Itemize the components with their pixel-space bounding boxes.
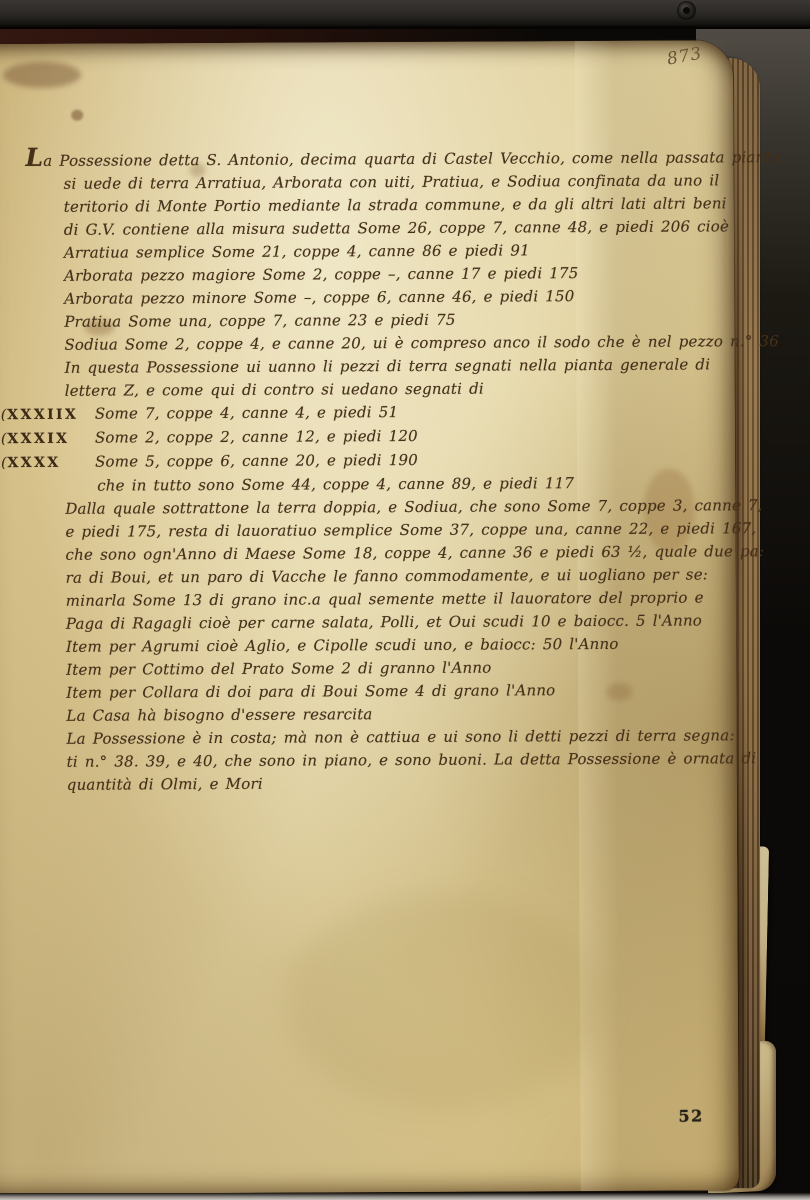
manuscript-line: In questa Possessione ui uanno li pezzi … bbox=[0, 353, 714, 380]
margin-parcel-label: XXXIX bbox=[1, 428, 95, 451]
line-text: La Casa hà bisogno d'essere resarcita bbox=[66, 705, 372, 725]
manuscript-line: quantità di Olmi, e Mori bbox=[3, 770, 717, 797]
line-text: Arratiua semplice Some 21, coppe 4, cann… bbox=[64, 241, 530, 261]
stain bbox=[283, 891, 604, 1113]
line-text: lettera Z, e come qui di contro si uedan… bbox=[65, 380, 484, 400]
manuscript-line: La Possessione detta S. Antonio, decima … bbox=[0, 142, 714, 173]
line-text: si uede di terra Arratiua, Arborata con … bbox=[64, 171, 720, 192]
line-text: Some 5, coppe 6, canne 20, e piedi 190 bbox=[95, 451, 418, 471]
line-text: Dalla quale sottrattone la terra doppia,… bbox=[65, 496, 763, 518]
stain bbox=[3, 62, 81, 88]
manuscript-page: 873 La Possessione detta S. Antonio, dec… bbox=[0, 40, 739, 1194]
line-text: Item per Collara di doi para di Boui Som… bbox=[66, 681, 555, 702]
line-text: Item per Cottimo del Prato Some 2 di gra… bbox=[66, 659, 491, 679]
margin-parcel-label: XXXX bbox=[1, 452, 95, 475]
stain bbox=[71, 110, 83, 121]
line-text: ra di Boui, et un paro di Vacche le fann… bbox=[66, 565, 708, 586]
screw-icon bbox=[677, 1, 696, 20]
manuscript-line: ti n.° 38. 39, e 40, che sono in piano, … bbox=[3, 747, 717, 774]
line-text: che in tutto sono Some 44, coppe 4, cann… bbox=[97, 474, 574, 494]
line-text: quantità di Olmi, e Mori bbox=[67, 775, 263, 794]
line-text: e piedi 175, resta di lauoratiuo semplic… bbox=[65, 519, 756, 541]
line-text: Arborata pezzo magiore Some 2, coppe –, … bbox=[64, 264, 579, 285]
copy-stand-bar bbox=[0, 0, 810, 29]
line-text: La Possessione è in costa; mà non è catt… bbox=[66, 726, 734, 747]
page-number-stamp: 52 bbox=[678, 1106, 703, 1125]
line-text: teritorio di Monte Portio mediante la st… bbox=[64, 194, 727, 215]
line-text: Some 7, coppe 4, canne 4, e piedi 51 bbox=[95, 403, 398, 423]
folio-number: 873 bbox=[665, 44, 703, 70]
manuscript-line: Item per Agrumi cioè Aglio, e Cipolle sc… bbox=[2, 632, 716, 659]
line-text: Pratiua Some una, coppe 7, canne 23 e pi… bbox=[64, 311, 455, 331]
line-text: minarla Some 13 di grano inc.a qual seme… bbox=[66, 588, 704, 609]
line-text: In questa Possessione ui uanno li pezzi … bbox=[65, 355, 711, 376]
line-text: Arborata pezzo minore Some –, coppe 6, c… bbox=[64, 287, 574, 308]
line-text: Item per Agrumi cioè Aglio, e Cipolle sc… bbox=[66, 635, 619, 656]
manuscript-line: di G.V. contiene alla misura sudetta Som… bbox=[0, 215, 714, 242]
margin-parcel-label: XXXIIX bbox=[1, 404, 95, 427]
line-text: Some 2, coppe 2, canne 12, e piedi 120 bbox=[95, 427, 418, 447]
line-text: ti n.° 38. 39, e 40, che sono in piano, … bbox=[67, 749, 757, 771]
line-text: La Possessione detta S. Antonio, decima … bbox=[25, 142, 780, 173]
line-text: Paga di Ragagli cioè per carne salata, P… bbox=[66, 611, 702, 632]
table-edge bbox=[0, 1193, 810, 1200]
manuscript-text-block: La Possessione detta S. Antonio, decima … bbox=[0, 142, 717, 797]
photograph-scene: 873 La Possessione detta S. Antonio, dec… bbox=[0, 0, 810, 1200]
line-text: di G.V. contiene alla misura sudetta Som… bbox=[64, 217, 729, 238]
line-text: che sono ogn'Anno di Maese Some 18, copp… bbox=[65, 542, 764, 564]
line-text: Sodiua Some 2, coppe 4, e canne 20, ui è… bbox=[64, 332, 779, 354]
